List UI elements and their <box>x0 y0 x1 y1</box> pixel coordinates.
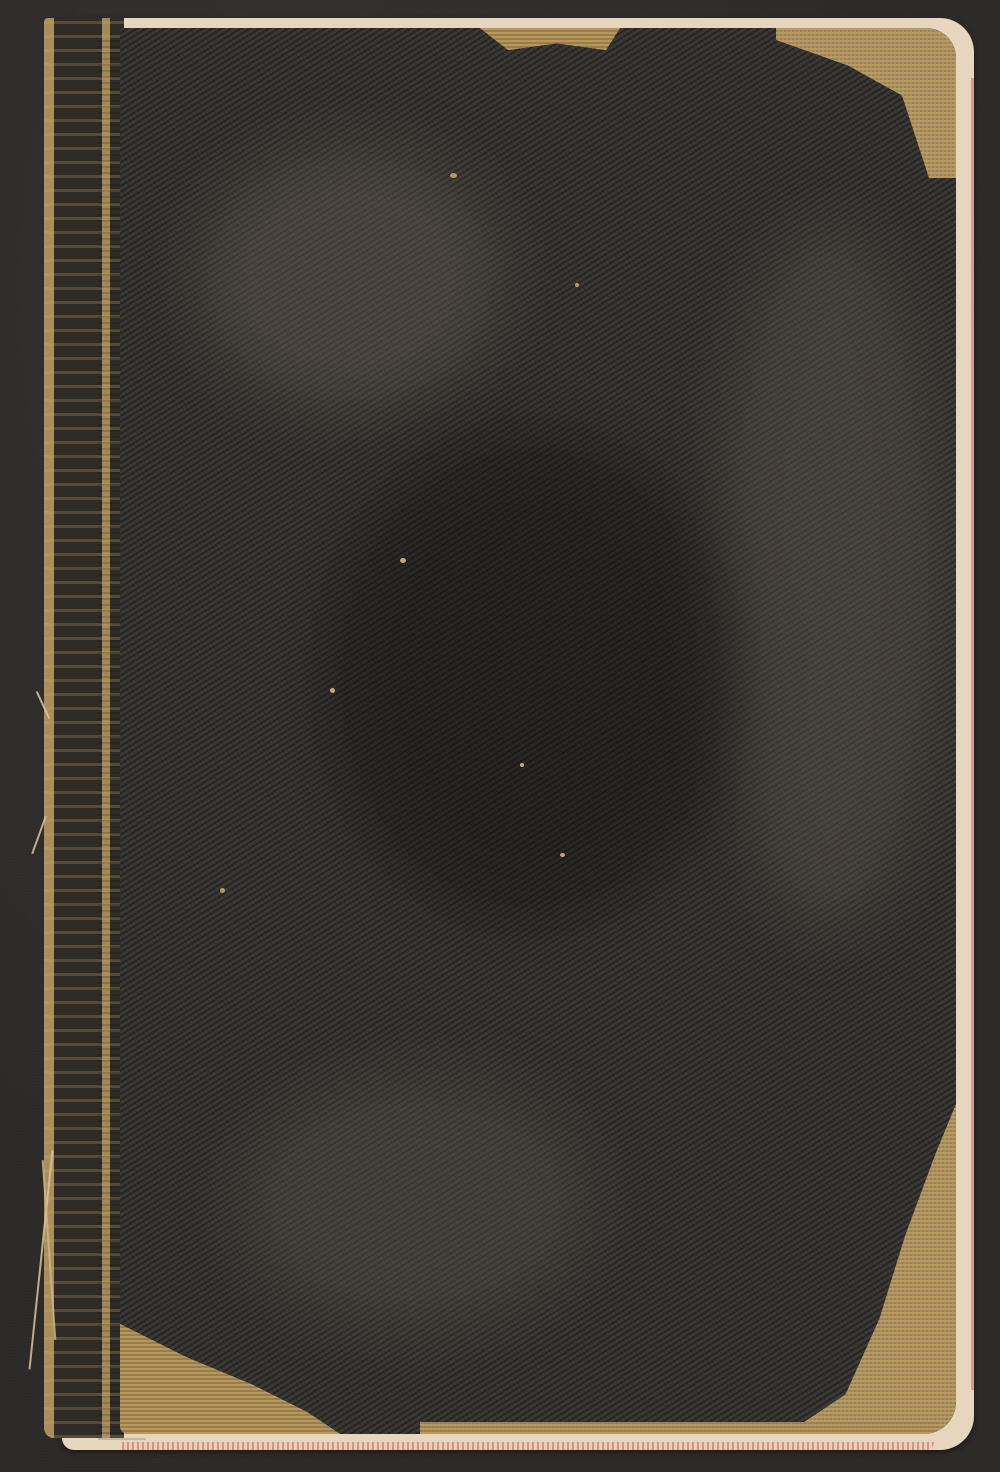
cover-wear-patch <box>720 228 940 928</box>
cover-speck <box>400 558 406 563</box>
cover-speck <box>330 688 335 693</box>
cover-speck <box>520 763 524 767</box>
worn-edge-bottom <box>420 1422 940 1434</box>
cover-speck <box>450 173 457 178</box>
book-cover <box>120 28 956 1434</box>
cover-wear-patch <box>240 1078 590 1328</box>
cover-wear-patch <box>200 148 500 408</box>
cover-speck <box>575 283 579 287</box>
cover-dark-patch <box>320 428 740 928</box>
book-spine <box>44 18 124 1438</box>
page-edge-right <box>971 78 974 1390</box>
cover-speck <box>560 853 565 857</box>
cover-speck <box>220 888 225 893</box>
